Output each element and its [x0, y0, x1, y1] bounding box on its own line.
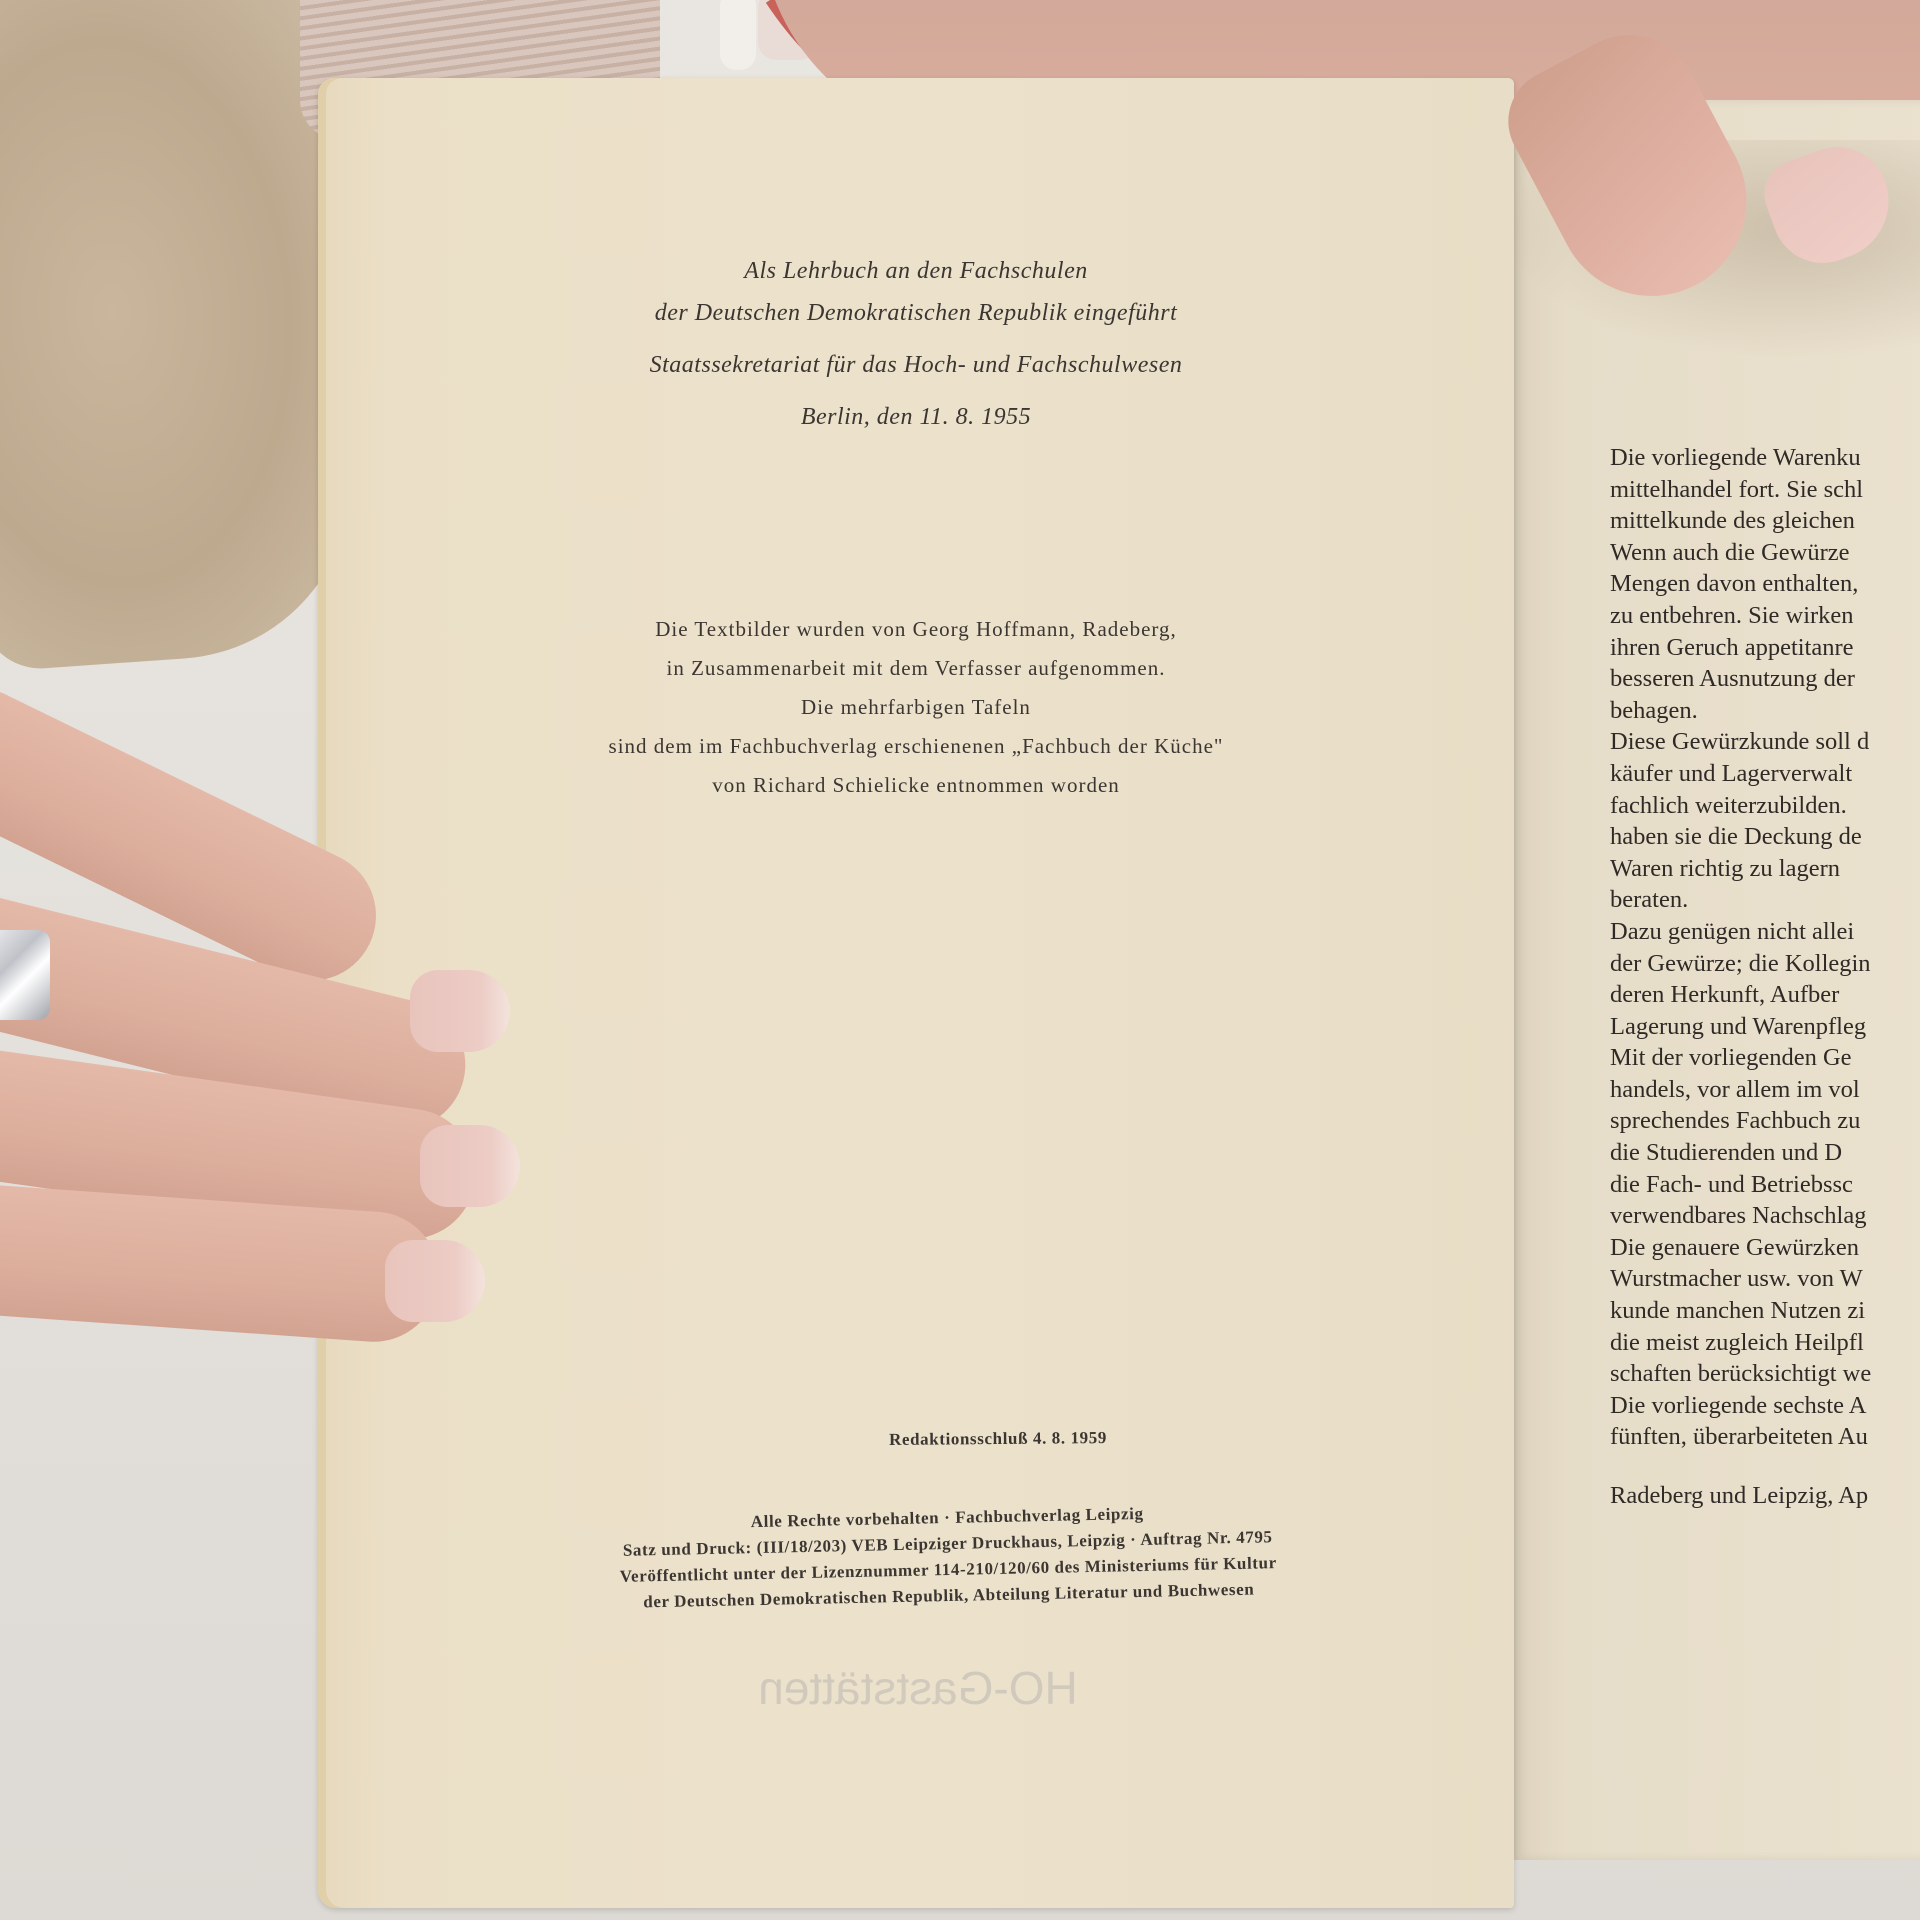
fingernail [420, 1125, 520, 1207]
foreword-line: die Fach- und Betriebssc [1610, 1169, 1920, 1201]
foreword-line: mittelhandel fort. Sie schl [1610, 474, 1920, 506]
foreword-line: die meist zugleich Heilpfl [1610, 1327, 1920, 1359]
fingernail [410, 970, 510, 1052]
approval-authority: Staatssekretariat für das Hoch- und Fach… [318, 344, 1514, 386]
approval-line-2: der Deutschen Demokratischen Republik ei… [318, 292, 1514, 334]
foreword-line: beraten. [1610, 884, 1920, 916]
foreword-line: kunde manchen Nutzen zi [1610, 1295, 1920, 1327]
foreword-line: Die vorliegende sechste A [1610, 1390, 1920, 1422]
foreword-line: Wenn auch die Gewürze [1610, 537, 1920, 569]
foreword-line: die Studierenden und D [1610, 1137, 1920, 1169]
foreword-line: fünften, überarbeiteten Au [1610, 1421, 1920, 1453]
foreword-line: Wurstmacher usw. von W [1610, 1263, 1920, 1295]
foreword-line: Die vorliegende Warenku [1610, 442, 1920, 474]
foreword-line: verwendbares Nachschlag [1610, 1200, 1920, 1232]
foreword-line: behagen. [1610, 695, 1920, 727]
ring-icon [0, 930, 50, 1020]
foreword-line: schaften berücksichtigt we [1610, 1358, 1920, 1390]
foreword-line: zu entbehren. Sie wirken [1610, 600, 1920, 632]
foreword-line: Waren richtig zu lagern [1610, 853, 1920, 885]
foreword-line: ihren Geruch appetitanre [1610, 632, 1920, 664]
foreword-line: käufer und Lagerverwalt [1610, 758, 1920, 790]
stamp-line-1: HO-Gaststätten [320, 1660, 1516, 1716]
foreword-line: Lagerung und Warenpfleg [1610, 1011, 1920, 1043]
foreword-line: Mit der vorliegenden Ge [1610, 1042, 1920, 1074]
approval-line-1: Als Lehrbuch an den Fachschulen [318, 250, 1514, 292]
approval-date: Berlin, den 11. 8. 1955 [318, 396, 1514, 438]
foreword-line: Dazu genügen nicht allei [1610, 916, 1920, 948]
foreword-line: deren Herkunft, Aufber [1610, 979, 1920, 1011]
fingernail [385, 1240, 485, 1322]
bleed-through-stamp: HO-Gaststätten [320, 1660, 1516, 1716]
foreword-line: mittelkunde des gleichen [1610, 505, 1920, 537]
foreword-line: sprechendes Fachbuch zu [1610, 1105, 1920, 1137]
approval-notice: Als Lehrbuch an den Fachschulen der Deut… [318, 250, 1514, 438]
foreword-text: Die vorliegende Warenku mittelhandel for… [1610, 442, 1920, 1453]
foreword-line: besseren Ausnutzung der [1610, 663, 1920, 695]
foreword-line: handels, vor allem im vol [1610, 1074, 1920, 1106]
foreword-signoff: Radeberg und Leipzig, Ap [1610, 1482, 1868, 1510]
foreword-line: Diese Gewürzkunde soll d [1610, 726, 1920, 758]
book-photo: Als Lehrbuch an den Fachschulen der Deut… [0, 0, 1920, 1920]
foreword-line: der Gewürze; die Kollegin [1610, 948, 1920, 980]
foreword-line: Die genauere Gewürzken [1610, 1232, 1920, 1264]
foreword-line: Mengen davon enthalten, [1610, 568, 1920, 600]
foreword-line: haben sie die Deckung de [1610, 821, 1920, 853]
foreword-line: fachlich weiterzubilden. [1610, 790, 1920, 822]
